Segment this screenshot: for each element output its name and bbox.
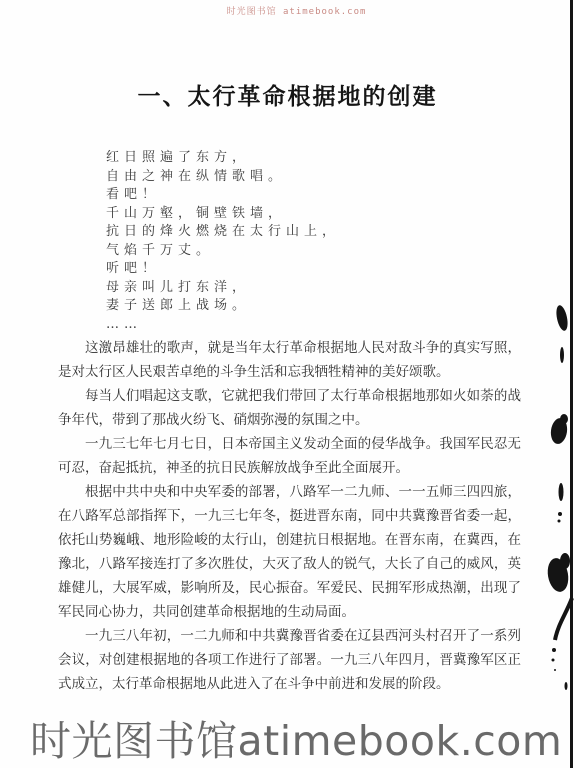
ink-blot bbox=[554, 304, 569, 332]
scan-edge-artifacts bbox=[545, 0, 575, 768]
body-paragraph: 这激昂雄壮的歌声，就是当年太行革命根据地人民对敌斗争的真实写照，是对太行区人民艰… bbox=[58, 336, 521, 384]
body-paragraph: 每当人们唱起这支歌，它就把我们带回了太行革命根据地那如火如荼的战争年代，带到了那… bbox=[58, 384, 521, 432]
body-paragraph: 根据中共中央和中央军委的部署，八路军一二九师、一一五师三四四旅，在八路军总部指挥… bbox=[58, 480, 521, 624]
ink-blot bbox=[560, 347, 564, 363]
chapter-title: 一、太行革命根据地的创建 bbox=[0, 78, 575, 111]
top-watermark: 时光图书馆 atimebook.com bbox=[0, 4, 575, 17]
poem-line: 气焰千万丈。 bbox=[106, 242, 340, 261]
poem-block: 红日照遍了东方，自由之神在纵情歌唱。看吧！千山万壑，铜壁铁墙，抗日的烽火燃烧在太… bbox=[106, 149, 340, 334]
body-paragraph: 一九三七年七月七日，日本帝国主义发动全面的侵华战争。我国军民忍无可忍，奋起抵抗，… bbox=[58, 432, 521, 480]
poem-line: 看吧！ bbox=[106, 186, 340, 205]
poem-line: 千山万壑，铜壁铁墙， bbox=[106, 205, 340, 224]
ink-blot bbox=[554, 669, 556, 671]
poem-line: 听吧！ bbox=[106, 260, 340, 279]
poem-line: 红日照遍了东方， bbox=[106, 149, 340, 168]
ink-blot bbox=[555, 598, 572, 640]
poem-line: 母亲叫儿打东洋， bbox=[106, 279, 340, 298]
ink-blot bbox=[545, 557, 571, 594]
bottom-watermark: 时光图书馆atimebook.com bbox=[30, 708, 562, 767]
body-paragraph: 一九三八年初，一二九师和中共冀豫晋省委在辽县西河头村召开了一系列会议，对创建根据… bbox=[58, 624, 521, 696]
body-paragraphs: 这激昂雄壮的歌声，就是当年太行革命根据地人民对敌斗争的真实写照，是对太行区人民艰… bbox=[58, 336, 521, 696]
ink-blot bbox=[558, 512, 562, 516]
ink-blot bbox=[565, 682, 568, 690]
ink-blot bbox=[552, 648, 556, 652]
page-edge-line bbox=[570, 0, 573, 768]
poem-line: 自由之神在纵情歌唱。 bbox=[106, 168, 340, 187]
ink-blot bbox=[549, 417, 568, 445]
ink-blot bbox=[560, 414, 568, 424]
ink-blot bbox=[552, 659, 555, 662]
scanned-book-page: 时光图书馆 atimebook.com 一、太行革命根据地的创建 红日照遍了东方… bbox=[0, 0, 575, 768]
poem-line: 抗日的烽火燃烧在太行山上， bbox=[106, 223, 340, 242]
ink-blot bbox=[560, 553, 570, 569]
poem-line: …… bbox=[106, 316, 340, 335]
ink-blot bbox=[559, 483, 564, 501]
ink-blot bbox=[558, 520, 561, 523]
poem-line: 妻子送郎上战场。 bbox=[106, 297, 340, 316]
